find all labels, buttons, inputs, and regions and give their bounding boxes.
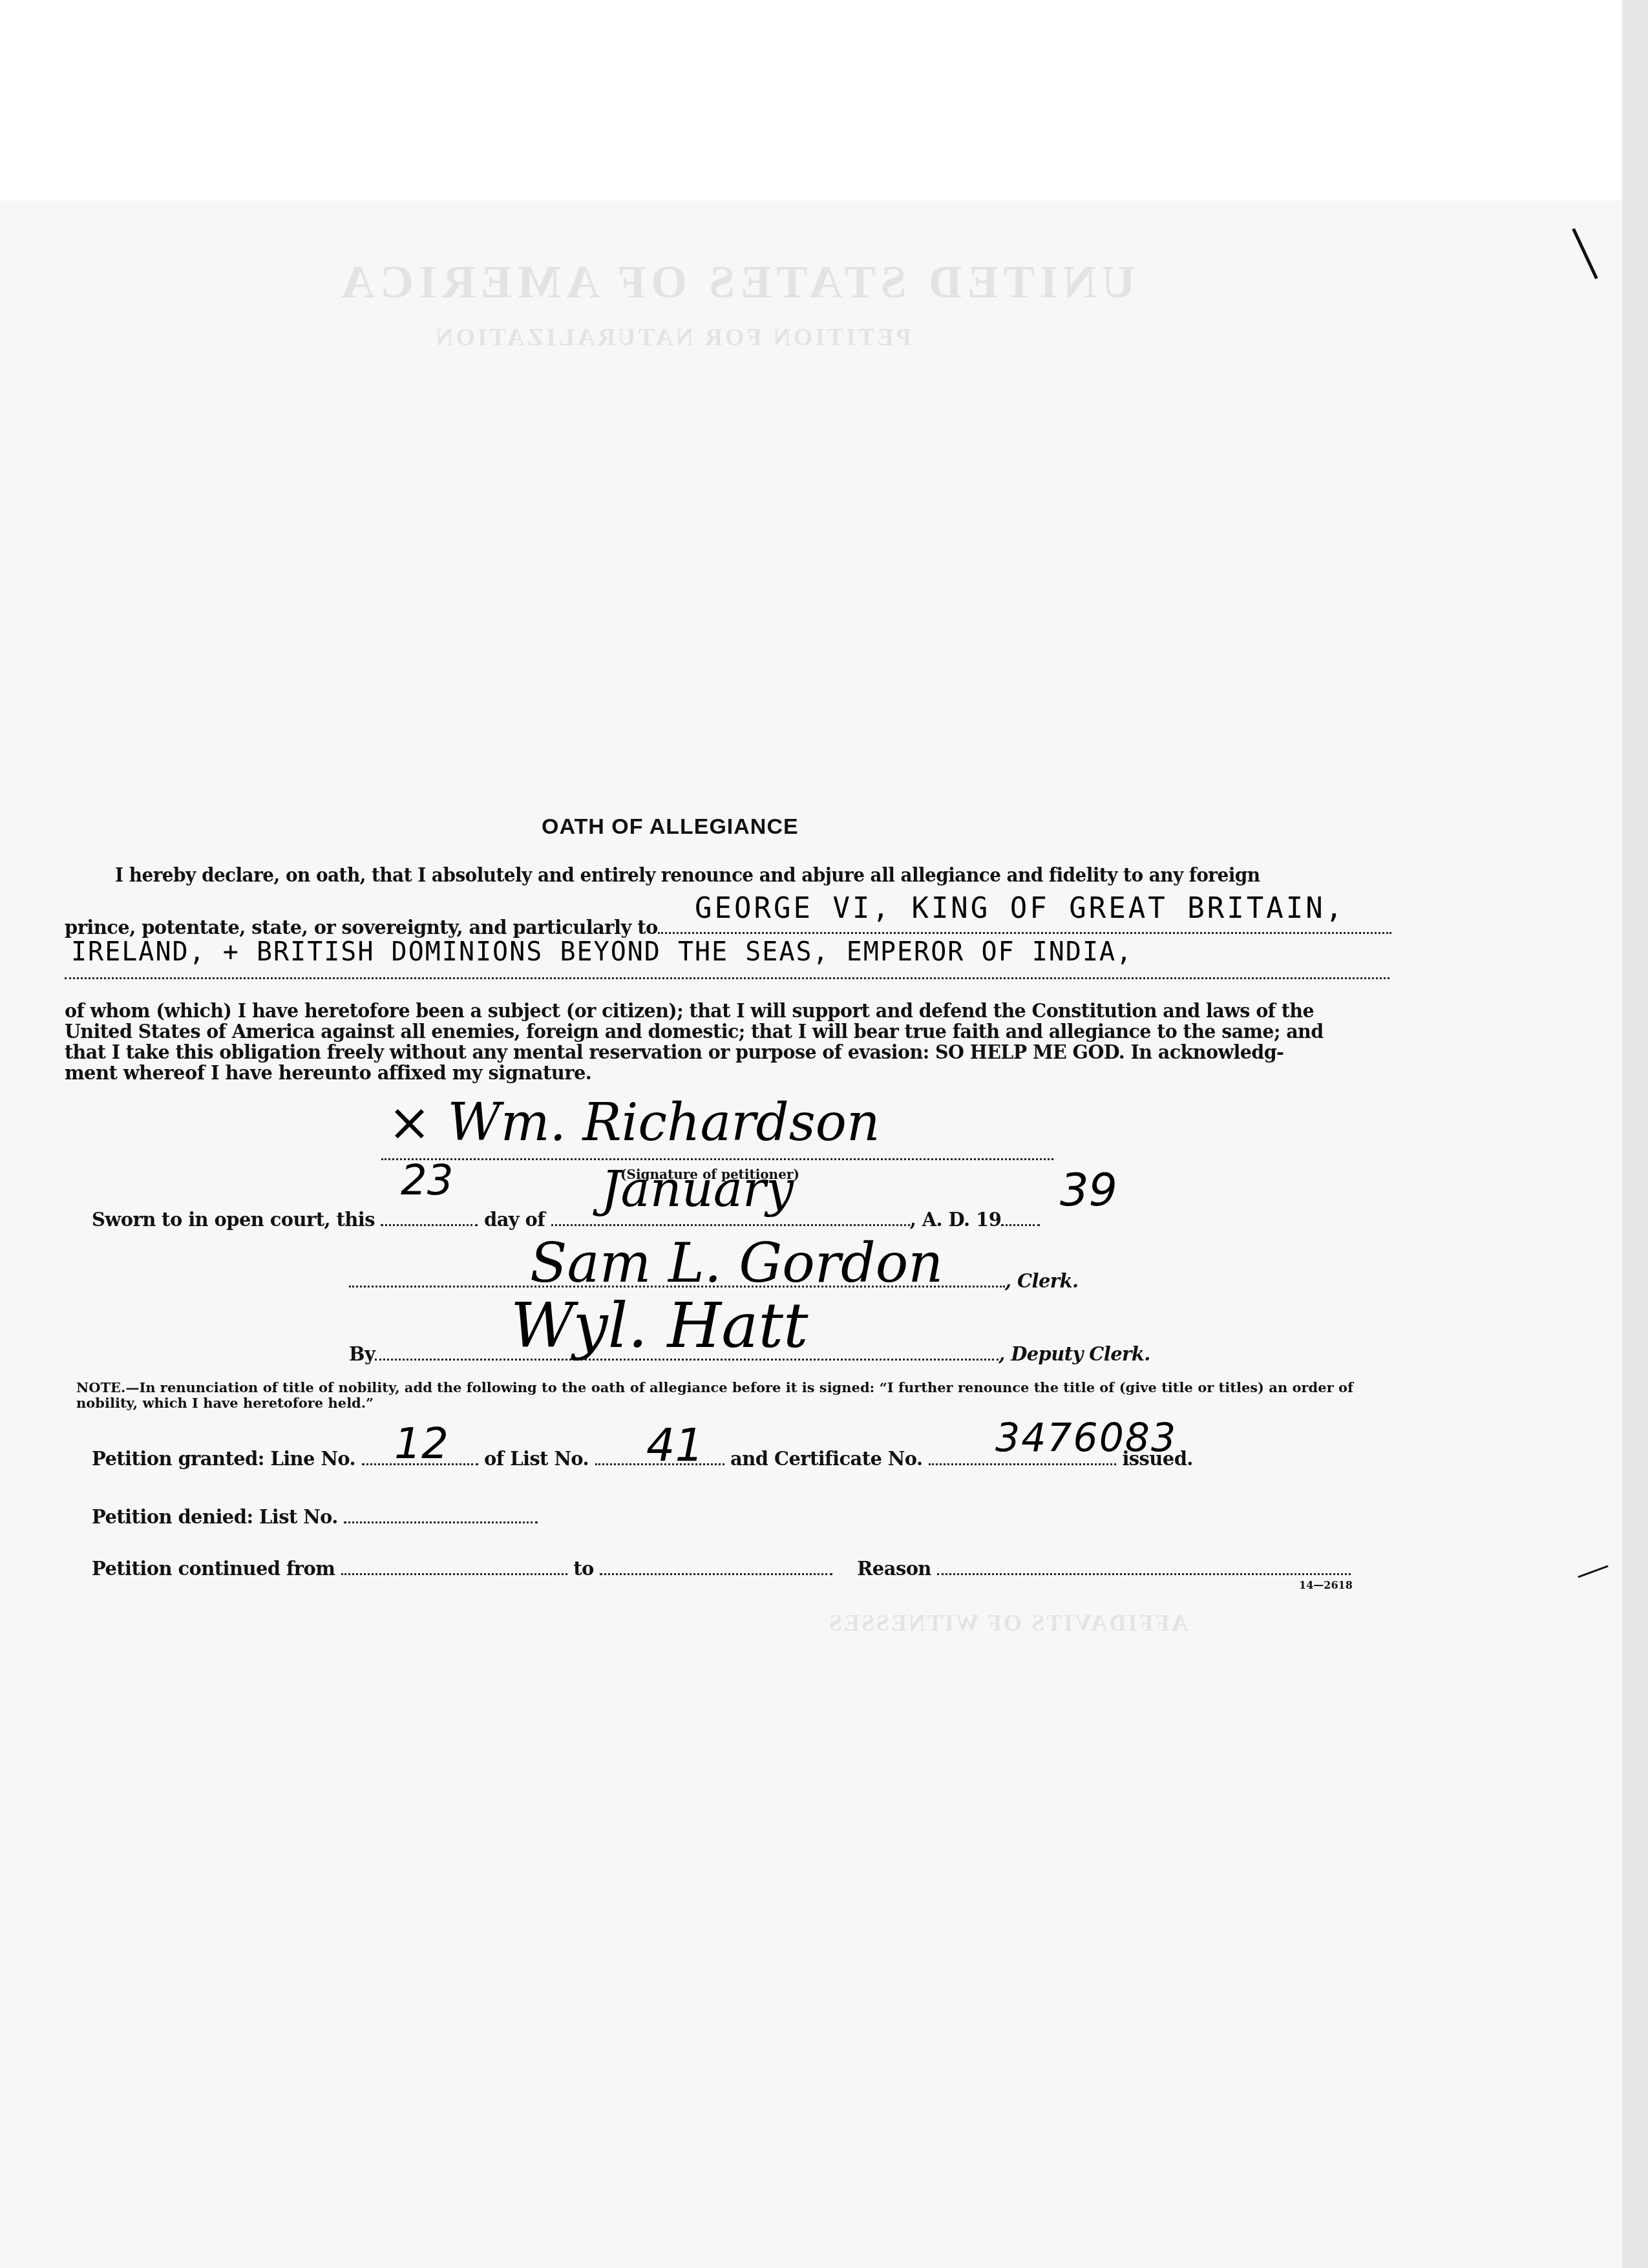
page-edge (1622, 0, 1648, 2268)
clerk-label: , Clerk. (1005, 1270, 1078, 1292)
scan-margin-top (0, 0, 1648, 207)
denied-list-no-field[interactable] (344, 1506, 538, 1523)
petition-continued-line: Petition continued from to Reason (92, 1558, 1351, 1579)
granted-list-no-handwritten: 41 (646, 1419, 704, 1472)
deputy-clerk-signature: Wyl. Hatt (511, 1289, 808, 1362)
deputy-clerk-label: , Deputy Clerk. (998, 1343, 1150, 1365)
sovereign-handwritten-1: GEORGE VI, KING OF GREAT BRITAIN, (695, 892, 1345, 925)
granted-certificate-handwritten: 3476083 (995, 1415, 1177, 1461)
oath-line-4: United States of America against all ene… (65, 1021, 1324, 1042)
continued-from-field[interactable] (341, 1558, 567, 1575)
continued-reason-field[interactable] (937, 1558, 1351, 1575)
sworn-month-handwritten: January (601, 1160, 794, 1218)
sworn-day-field[interactable] (381, 1209, 478, 1226)
granted-cert-label: and Certificate No. (730, 1448, 922, 1470)
ghost-header-subtitle: PETITION FOR NATURALIZATION (433, 323, 911, 352)
ghost-affidavit-title: AFFIDAVITS OF WITNESSES (827, 1609, 1188, 1637)
ghost-header-title: UNITED STATES OF AMERICA (336, 255, 1136, 309)
clerk-signature: Sam L. Gordon (530, 1231, 943, 1295)
continued-reason-label: Reason (857, 1558, 931, 1580)
nobility-note: NOTE.—In renunciation of title of nobili… (76, 1380, 1401, 1411)
sworn-ad-label: , A. D. 19 (910, 1209, 1002, 1231)
petitioner-signature: × Wm. Richardson (388, 1092, 880, 1152)
oath-line-2-prefix: prince, potentate, state, or sovereignty… (65, 917, 658, 938)
continued-to-label: to (573, 1558, 594, 1580)
sworn-year-field[interactable] (1001, 1209, 1040, 1226)
continued-to-field[interactable] (600, 1558, 832, 1575)
oath-line-1: I hereby declare, on oath, that I absolu… (115, 865, 1260, 885)
by-label: By (349, 1343, 375, 1365)
sovereign-handwritten-2: IRELAND, + BRITISH DOMINIONS BEYOND THE … (71, 937, 1133, 967)
oath-title: OATH OF ALLEGIANCE (542, 814, 799, 840)
sworn-day-of-label: day of (484, 1209, 545, 1231)
sworn-day-handwritten: 23 (401, 1157, 453, 1205)
form-code: 14—2618 (1299, 1579, 1353, 1591)
granted-line-no-handwritten: 12 (394, 1419, 449, 1468)
denied-label: Petition denied: List No. (92, 1506, 338, 1528)
granted-label: Petition granted: Line No. (92, 1448, 355, 1470)
oath-line-3: of whom (which) I have heretofore been a… (65, 1001, 1314, 1021)
sworn-prefix: Sworn to in open court, this (92, 1209, 375, 1231)
sworn-year-handwritten: 39 (1060, 1163, 1117, 1216)
oath-line-6: ment whereof I have hereunto affixed my … (65, 1063, 591, 1083)
continued-from-label: Petition continued from (92, 1558, 335, 1580)
petition-denied-line: Petition denied: List No. (92, 1506, 538, 1527)
oath-line-5: that I take this obligation freely witho… (65, 1042, 1284, 1063)
sworn-line: Sworn to in open court, this day of , A.… (92, 1209, 1040, 1230)
granted-list-label: of List No. (484, 1448, 589, 1470)
